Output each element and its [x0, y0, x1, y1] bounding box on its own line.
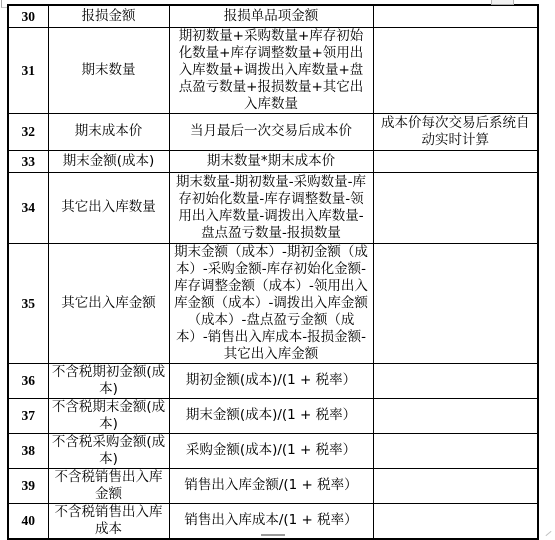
- clipped-ui-fragment-bottom-right: [545, 531, 551, 536]
- table-row: 39 不含税销售出入库金额 销售出入库金额/(1 + 税率）: [8, 468, 538, 503]
- note-cell: [373, 468, 538, 503]
- table-row: 31 期末数量 期初数量+采购数量+库存初始化数量+库存调整数量+领用出入库数量…: [8, 27, 538, 113]
- table-row: 37 不含税期末金额(成本) 期末金额(成本)/(1 + 税率）: [8, 398, 538, 433]
- table-row: 36 不含税期初金额(成本) 期初金额(成本)/(1 + 税率）: [8, 363, 538, 398]
- formula-cell: 期初数量+采购数量+库存初始化数量+库存调整数量+领用出入库数量+调拨出入库数量…: [169, 27, 373, 113]
- note-cell: [373, 503, 538, 539]
- field-name-cell: 不含税销售出入库金额: [48, 468, 169, 503]
- note-cell: [373, 172, 538, 243]
- field-name-cell: 期末金额(成本): [48, 150, 169, 172]
- row-id-cell: 30: [8, 5, 48, 27]
- clipped-ui-fragment-bottom: [261, 534, 285, 536]
- row-id-cell: 34: [8, 172, 48, 243]
- table-row: 32 期末成本价 当月最后一次交易后成本价 成本价每次交易后系统自动实时计算: [8, 113, 538, 150]
- row-id-cell: 38: [8, 433, 48, 468]
- row-id-cell: 40: [8, 503, 48, 539]
- formula-cell: 期末金额（成本）-期初金额（成本）-采购金额-库存初始化金额-库存调整金额（成本…: [169, 243, 373, 363]
- field-definition-table: 30 报损金额 报损单品项金额 31 期末数量 期初数量+采购数量+库存初始化数…: [7, 4, 539, 540]
- note-cell: [373, 5, 538, 27]
- formula-cell: 当月最后一次交易后成本价: [169, 113, 373, 150]
- field-name-cell: 不含税采购金额(成本): [48, 433, 169, 468]
- field-name-cell: 期末成本价: [48, 113, 169, 150]
- formula-cell: 期初金额(成本)/(1 + 税率）: [169, 363, 373, 398]
- note-cell: [373, 243, 538, 363]
- row-id-cell: 37: [8, 398, 48, 433]
- note-cell: [373, 363, 538, 398]
- table-row: 30 报损金额 报损单品项金额: [8, 5, 538, 27]
- field-name-cell: 其它出入库数量: [48, 172, 169, 243]
- field-name-cell: 其它出入库金额: [48, 243, 169, 363]
- field-name-cell: 报损金额: [48, 5, 169, 27]
- formula-cell: 销售出入库金额/(1 + 税率）: [169, 468, 373, 503]
- table-row: 34 其它出入库数量 期末数量-期初数量-采购数量-库存初始化数量-库存调整数量…: [8, 172, 538, 243]
- clipped-ui-fragment-top-right: [491, 0, 514, 5]
- row-id-cell: 32: [8, 113, 48, 150]
- note-cell: 成本价每次交易后系统自动实时计算: [373, 113, 538, 150]
- field-name-cell: 期末数量: [48, 27, 169, 113]
- note-cell: [373, 433, 538, 468]
- field-name-cell: 不含税销售出入库成本: [48, 503, 169, 539]
- note-cell: [373, 398, 538, 433]
- clipped-ui-fragment-top-left: [1, 0, 7, 8]
- row-id-cell: 39: [8, 468, 48, 503]
- note-cell: [373, 27, 538, 113]
- field-name-cell: 不含税期末金额(成本): [48, 398, 169, 433]
- table-row: 38 不含税采购金额(成本) 采购金额(成本)/(1 + 税率）: [8, 433, 538, 468]
- table-row: 33 期末金额(成本) 期末数量*期末成本价: [8, 150, 538, 172]
- row-id-cell: 35: [8, 243, 48, 363]
- row-id-cell: 36: [8, 363, 48, 398]
- formula-cell: 期末数量-期初数量-采购数量-库存初始化数量-库存调整数量-领用出入库数量-调拨…: [169, 172, 373, 243]
- field-name-cell: 不含税期初金额(成本): [48, 363, 169, 398]
- row-id-cell: 31: [8, 27, 48, 113]
- formula-cell: 期末数量*期末成本价: [169, 150, 373, 172]
- formula-cell: 报损单品项金额: [169, 5, 373, 27]
- note-cell: [373, 150, 538, 172]
- formula-cell: 采购金额(成本)/(1 + 税率）: [169, 433, 373, 468]
- row-id-cell: 33: [8, 150, 48, 172]
- formula-cell: 期末金额(成本)/(1 + 税率）: [169, 398, 373, 433]
- table-row: 35 其它出入库金额 期末金额（成本）-期初金额（成本）-采购金额-库存初始化金…: [8, 243, 538, 363]
